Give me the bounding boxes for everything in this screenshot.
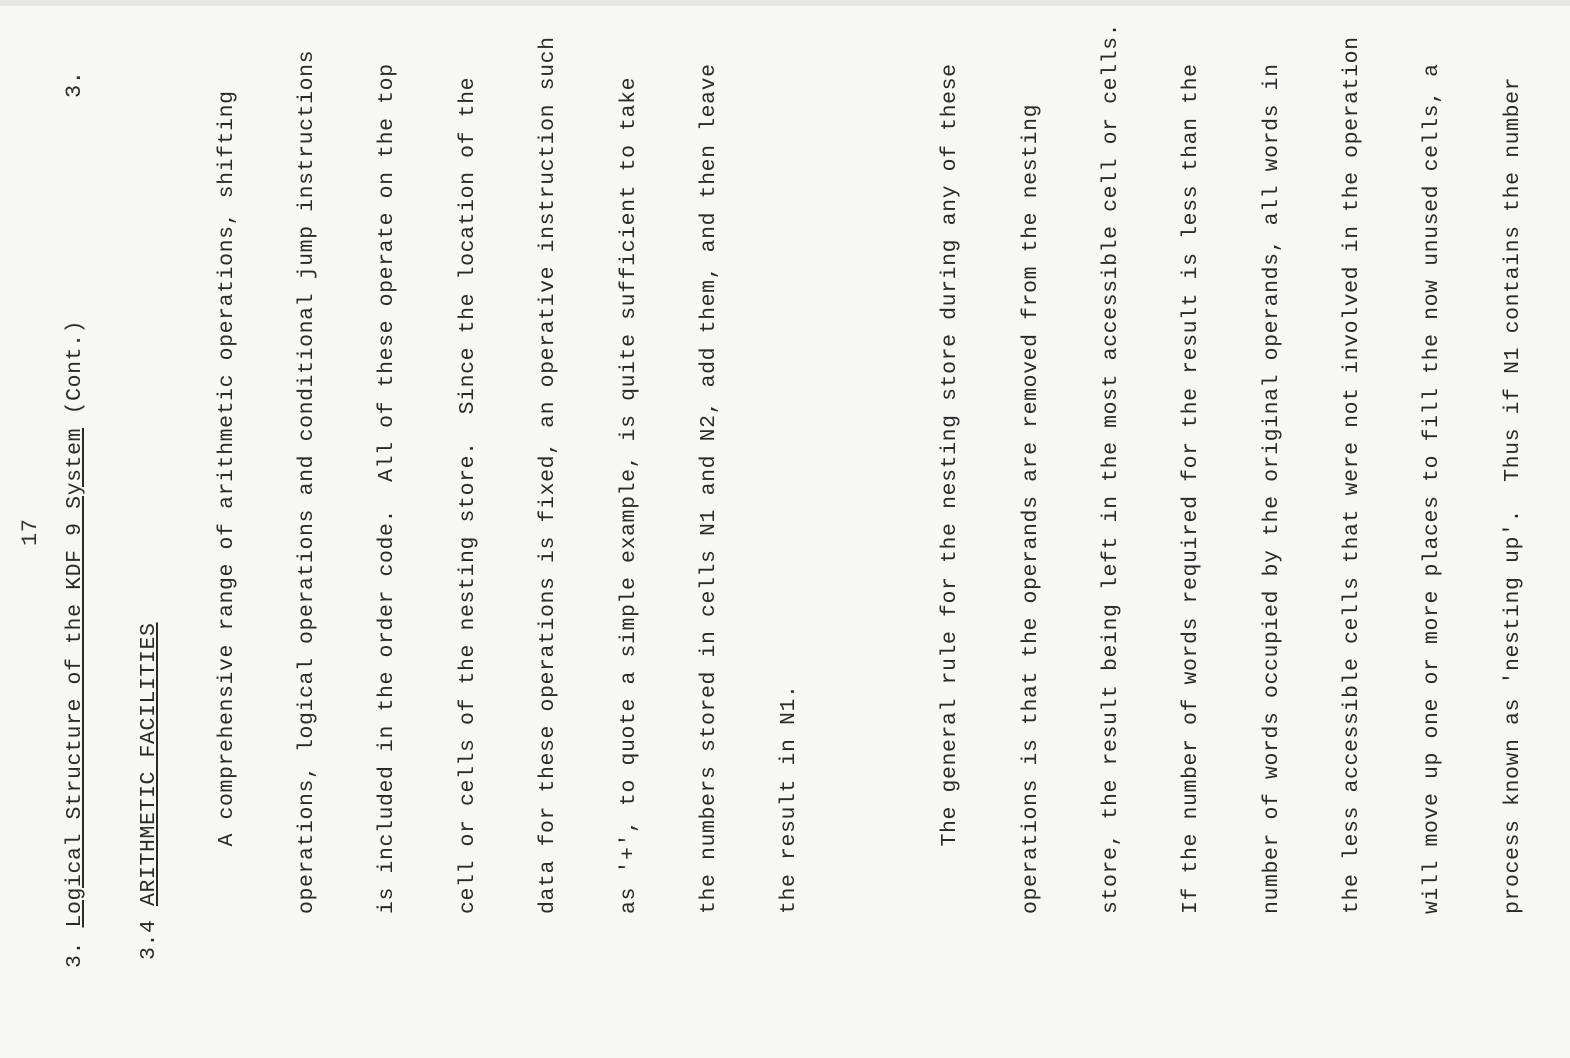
text-line: the result in N1. <box>776 54 803 914</box>
document-page: 17 3. Logical Structure of the KDF 9 Sys… <box>0 0 1570 1058</box>
section-title: ARITHMETIC FACILITIES <box>137 622 161 906</box>
text-line: process known as 'nesting up'. Thus if N… <box>1500 54 1527 914</box>
paragraph-order-code: A comprehensive range of arithmetic oper… <box>160 54 857 914</box>
text-line: operations, logical operations and condi… <box>294 54 321 914</box>
chapter-number: 3. <box>63 927 87 968</box>
text-line: cell or cells of the nesting store. Sinc… <box>455 54 482 914</box>
body-text: A comprehensive range of arithmetic oper… <box>160 54 1570 914</box>
section-heading: 3.4 ARITHMETIC FACILITIES <box>136 622 163 960</box>
text-line: the less accessible cells that were not … <box>1339 54 1366 914</box>
text-line: is included in the order code. All of th… <box>374 54 401 914</box>
text-line: the numbers stored in cells N1 and N2, a… <box>696 54 723 914</box>
chapter-heading: 3. Logical Structure of the KDF 9 System… <box>62 320 89 968</box>
chapter-title: Logical Structure of the KDF 9 System <box>63 428 87 928</box>
text-line: will move up one or more places to fill … <box>1419 54 1446 914</box>
text-line: number of words occupied by the original… <box>1259 54 1286 914</box>
text-line: data for these operations is fixed, an o… <box>535 54 562 914</box>
text-line: The general rule for the nesting store d… <box>937 54 964 914</box>
text-line: operations is that the operands are remo… <box>1018 54 1045 914</box>
margin-section-mark: 3. <box>62 70 89 98</box>
page-edge <box>0 0 1570 6</box>
paragraph-nesting-rule: The general rule for the nesting store d… <box>884 54 1570 914</box>
chapter-continued: (Cont.) <box>63 320 87 428</box>
text-line: A comprehensive range of arithmetic oper… <box>214 54 241 914</box>
text-line: as '+', to quote a simple example, is qu… <box>616 54 643 914</box>
text-line: If the number of words required for the … <box>1178 54 1205 914</box>
page-number: 17 <box>18 518 45 546</box>
section-number: 3.4 <box>137 906 161 960</box>
text-line: store, the result being left in the most… <box>1098 54 1125 914</box>
